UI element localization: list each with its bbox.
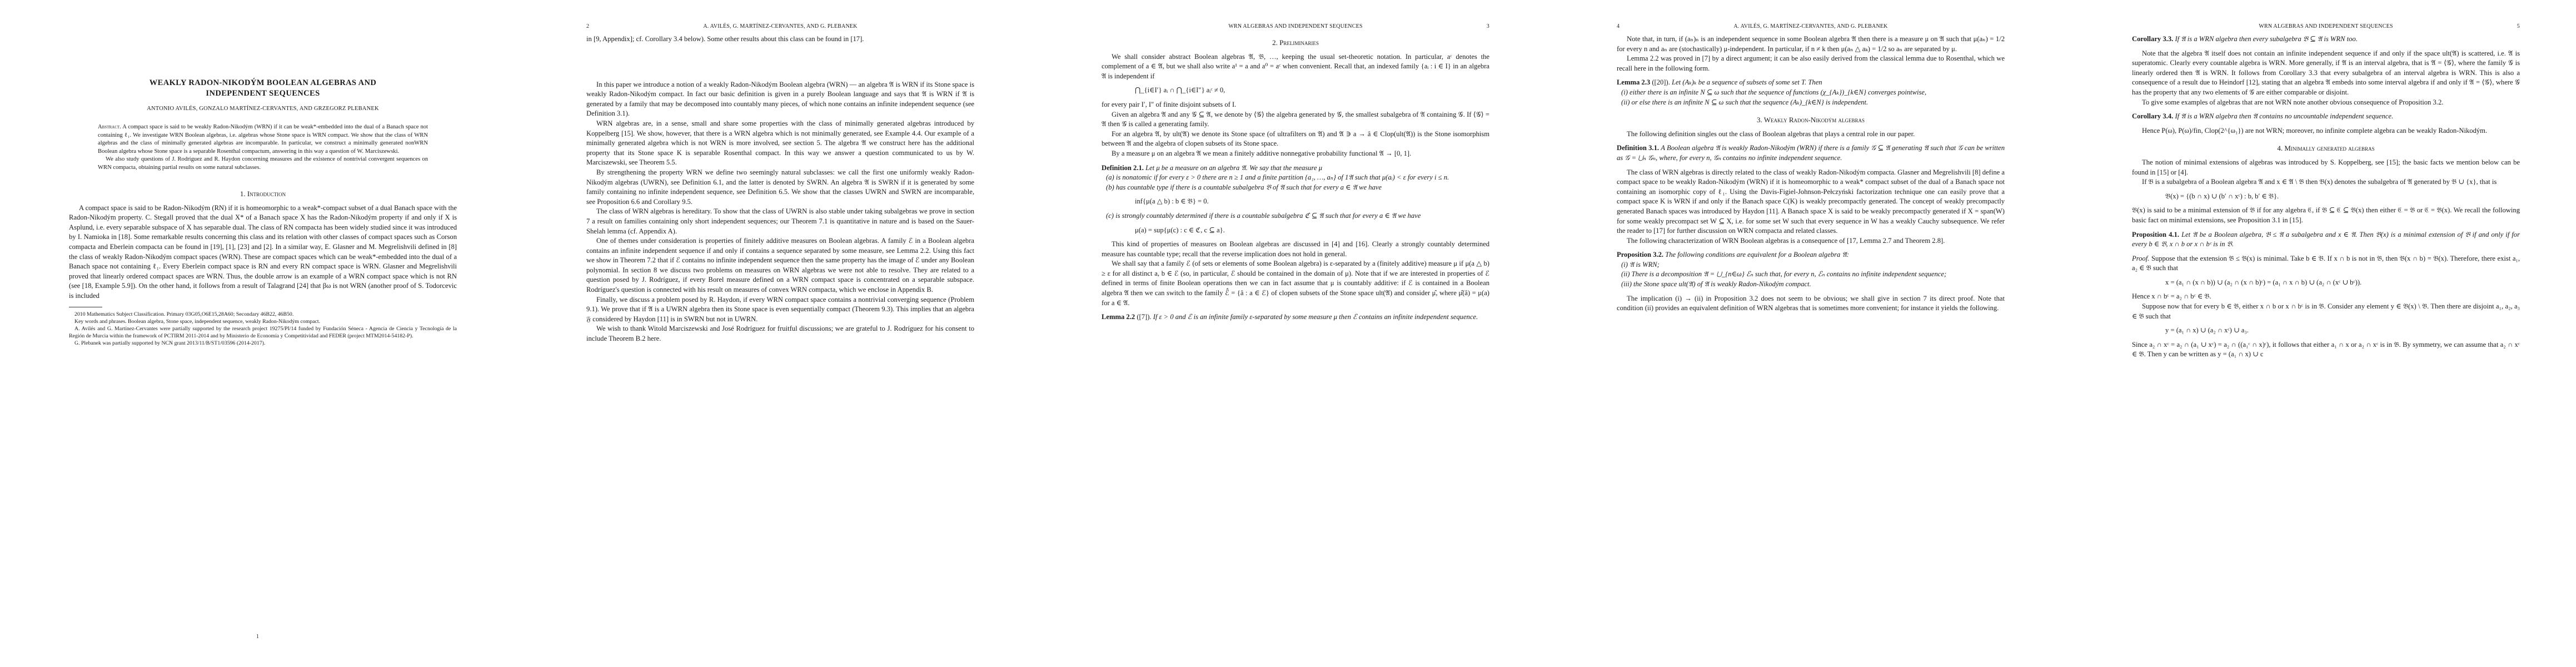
running-head: WRN ALGEBRAS AND INDEPENDENT SEQUENCES 5 — [2132, 23, 2520, 31]
paragraph: By strengthening the property WRN we def… — [586, 168, 974, 207]
page-2: 2 A. AVILÉS, G. MARTÍNEZ-CERVANTES, AND … — [515, 0, 1030, 667]
lemma-item-ii: (ii) or else there is an infinite N ⊆ ω … — [1617, 98, 2005, 108]
running-head-text: WRN ALGEBRAS AND INDEPENDENT SEQUENCES — [2132, 23, 2520, 29]
proposition-label: Proposition 3.2. — [1617, 251, 1663, 258]
section-heading-wrn-algebras: 3. Weakly Radon-Nikodým algebras — [1617, 115, 2005, 125]
paragraph: The notion of minimal extensions of alge… — [2132, 158, 2520, 177]
proposition-item-ii: (ii) There is a decomposition 𝔄 = ⋃_{n∈ω… — [1617, 270, 2005, 280]
page-number: 5 — [2517, 23, 2520, 29]
proposition-text: Let 𝔄 be a Boolean algebra, 𝔅 ≤ 𝔄 a suba… — [2132, 231, 2520, 248]
corollary-text: If 𝔄 is a WRN algebra then 𝔄 contains no… — [2175, 112, 2393, 120]
running-head-text: A. AVILÉS, G. MARTÍNEZ-CERVANTES, AND G.… — [586, 23, 974, 29]
proposition-items: (i) 𝔄 is WRN; (ii) There is a decomposit… — [1617, 260, 2005, 290]
corollary-3-4: Corollary 3.4. If 𝔄 is a WRN algebra the… — [2132, 112, 2520, 122]
footnote-funding-2: G. Plebanek was partially supported by N… — [69, 340, 457, 347]
display-equation: ⋂_{i∈I′} aᵢ ∩ ⋂_{i∈I″} aᵢᶜ ≠ 0, — [1102, 86, 1489, 96]
paragraph: The class of WRN algebras is directly re… — [1617, 168, 2005, 236]
display-equation: x = (a₁ ∩ (x ∩ b)) ∪ (a₂ ∩ (x ∩ b)ᶜ) = (… — [2132, 278, 2520, 288]
footnote-rule — [69, 307, 102, 307]
definition-text: Let μ be a measure on an algebra 𝔄. We s… — [1145, 164, 1322, 172]
definition-2-1: Definition 2.1. Let μ be a measure on an… — [1102, 163, 1489, 173]
lemma-ref: ([20]). — [1652, 78, 1670, 86]
paragraph: To give some examples of algebras that a… — [2132, 98, 2520, 108]
definition-items-cont: (c) is strongly countably determined if … — [1102, 211, 1489, 221]
proof-text: Suppose that the extension 𝔅 ≤ 𝔅(x) is m… — [2132, 255, 2520, 272]
lemma-ref: ([7]). — [1137, 313, 1151, 321]
lemma-text: Let (Aₖ)ₖ be a sequence of subsets of so… — [1672, 78, 1822, 86]
paragraph: Given an algebra 𝔄 and any 𝒢 ⊆ 𝔄, we den… — [1102, 110, 1489, 130]
page-1: WEAKLY RADON-NIKODÝM BOOLEAN ALGEBRAS AN… — [0, 0, 515, 667]
running-head-text: A. AVILÉS, G. MARTÍNEZ-CERVANTES, AND G.… — [1617, 23, 2005, 29]
section-heading-introduction: 1. Introduction — [69, 189, 457, 199]
paragraph: in [9, Appendix]; cf. Corollary 3.4 belo… — [586, 34, 974, 44]
page-4: 4 A. AVILÉS, G. MARTÍNEZ-CERVANTES, AND … — [1546, 0, 2061, 667]
paragraph: Suppose now that for every b ∈ 𝔅, either… — [2132, 302, 2520, 321]
paragraph: In this paper we introduce a notion of a… — [586, 80, 974, 119]
paragraph: 𝔅(x) is said to be a minimal extension o… — [2132, 206, 2520, 225]
paragraph: The class of WRN algebras is hereditary.… — [586, 207, 974, 236]
title-line-1: WEAKLY RADON-NIKODÝM BOOLEAN ALGEBRAS AN… — [69, 78, 457, 88]
page-5-body: Corollary 3.3. If 𝔄 is a WRN algebra the… — [2132, 34, 2520, 360]
running-head: 2 A. AVILÉS, G. MARTÍNEZ-CERVANTES, AND … — [586, 23, 974, 31]
paragraph: WRN algebras are, in a sense, small and … — [586, 119, 974, 168]
paragraph: If 𝔅 is a subalgebra of a Boolean algebr… — [2132, 177, 2520, 187]
definition-item-b: (b) has countable type if there is a cou… — [1102, 183, 1489, 193]
display-equation: μ(a) = sup{μ(c) : c ∈ ℭ, c ⊆ a}. — [1102, 226, 1489, 236]
lemma-2-2: Lemma 2.2 ([7]). If ε > 0 and ℰ is an in… — [1102, 312, 1489, 322]
lemma-label: Lemma 2.2 — [1102, 313, 1135, 321]
corollary-text: If 𝔄 is a WRN algebra then every subalge… — [2175, 35, 2357, 43]
paragraph: We wish to thank Witold Marciszewski and… — [586, 324, 974, 344]
running-head-text: WRN ALGEBRAS AND INDEPENDENT SEQUENCES — [1102, 23, 1489, 29]
paragraph: The following definition singles out the… — [1617, 130, 2005, 140]
abstract-label: Abstract. — [98, 124, 121, 130]
abstract-paragraph-1: A compact space is said to be weakly Rad… — [98, 124, 428, 155]
proposition-3-2: Proposition 3.2. The following condition… — [1617, 250, 2005, 260]
lemma-2-3: Lemma 2.3 ([20]). Let (Aₖ)ₖ be a sequenc… — [1617, 78, 2005, 88]
page-3-body: 2. Preliminaries We shall consider abstr… — [1102, 32, 1489, 322]
running-head: 4 A. AVILÉS, G. MARTÍNEZ-CERVANTES, AND … — [1617, 23, 2005, 31]
page-4-body: Note that, in turn, if (aₙ)ₙ is an indep… — [1617, 34, 2005, 313]
paragraph: Hence x ∩ bᶜ = a₂ ∩ bᶜ ∈ 𝔅. — [2132, 292, 2520, 302]
corollary-label: Corollary 3.4. — [2132, 112, 2173, 120]
abstract-paragraph-2: We also study questions of J. Rodríguez … — [98, 156, 428, 172]
paragraph: Lemma 2.2 was proved in [7] by a direct … — [1617, 54, 2005, 73]
footnote-msc: 2010 Mathematics Subject Classification.… — [69, 311, 457, 318]
page-number: 1 — [0, 634, 515, 640]
paragraph: for every pair I′, I″ of finite disjoint… — [1102, 100, 1489, 110]
intro-paragraph: A compact space is said to be Radon-Niko… — [69, 203, 457, 301]
display-equation: y = (a₁ ∩ x) ∪ (a₂ ∩ xᶜ) ∪ a₃. — [2132, 326, 2520, 336]
paragraph: For an algebra 𝔄, by ult(𝔄) we denote it… — [1102, 130, 1489, 149]
section-heading-minimally-generated: 4. Minimally generated algebras — [2132, 143, 2520, 153]
paragraph: Since a₂ ∩ xᶜ = a₂ ∩ (a₁ ∪ xᶜ) = a₂ ∩ ((… — [2132, 340, 2520, 360]
paragraph: We shall consider abstract Boolean algeb… — [1102, 52, 1489, 82]
paragraph: Note that the algebra 𝔄 itself does not … — [2132, 49, 2520, 98]
paragraph: By a measure μ on an algebra 𝔄 we mean a… — [1102, 149, 1489, 159]
abstract: Abstract. A compact space is said to be … — [98, 123, 428, 172]
definition-label: Definition 2.1. — [1102, 164, 1144, 172]
footnote-funding-1: A. Avilés and G. Martínez-Cervantes were… — [69, 325, 457, 340]
paragraph: One of themes under consideration is pro… — [586, 236, 974, 295]
page-2-body: in [9, Appendix]; cf. Corollary 3.4 belo… — [586, 34, 974, 344]
paragraph: Hence P(ω), P(ω)/fin, Clop(2^{ω₁}) are n… — [2132, 126, 2520, 136]
paragraph: We shall say that a family ℰ (of sets or… — [1102, 259, 1489, 308]
page-3: WRN ALGEBRAS AND INDEPENDENT SEQUENCES 3… — [1030, 0, 1546, 667]
paragraph: The implication (i) → (ii) in Propositio… — [1617, 294, 2005, 313]
introduction: 1. Introduction A compact space is said … — [69, 183, 457, 347]
definition-3-1: Definition 3.1. A Boolean algebra 𝔄 is w… — [1617, 143, 2005, 163]
authors: ANTONIO AVILÉS, GONZALO MARTÍNEZ-CERVANT… — [69, 106, 457, 112]
proposition-item-i: (i) 𝔄 is WRN; — [1617, 260, 2005, 270]
paper-title: WEAKLY RADON-NIKODÝM BOOLEAN ALGEBRAS AN… — [69, 78, 457, 99]
lemma-item-i: (i) either there is an infinite N ⊆ ω su… — [1617, 88, 2005, 98]
page-number: 3 — [1487, 23, 1489, 29]
lemma-items: (i) either there is an infinite N ⊆ ω su… — [1617, 88, 2005, 107]
paragraph: Note that, in turn, if (aₙ)ₙ is an indep… — [1617, 34, 2005, 54]
proposition-item-iii: (iii) the Stone space ult(𝔄) of 𝔄 is wea… — [1617, 280, 2005, 290]
display-equation: inf{μ(a △ b) : b ∈ 𝔅} = 0. — [1102, 197, 1489, 207]
section-heading-preliminaries: 2. Preliminaries — [1102, 38, 1489, 48]
footnote-keywords: Key words and phrases. Boolean algebra, … — [69, 318, 457, 325]
corollary-3-3: Corollary 3.3. If 𝔄 is a WRN algebra the… — [2132, 34, 2520, 44]
corollary-label: Corollary 3.3. — [2132, 35, 2173, 43]
definition-item-a: (a) is nonatomic if for every ε > 0 ther… — [1102, 173, 1489, 183]
page-5: WRN ALGEBRAS AND INDEPENDENT SEQUENCES 5… — [2061, 0, 2576, 667]
proof: Proof. Suppose that the extension 𝔅 ≤ 𝔅(… — [2132, 254, 2520, 273]
title-line-2: INDEPENDENT SEQUENCES — [69, 88, 457, 99]
proposition-label: Proposition 4.1. — [2132, 231, 2179, 238]
definition-label: Definition 3.1. — [1617, 144, 1659, 152]
display-equation: 𝔅(x) = {(b ∩ x) ∪ (b′ ∩ xᶜ) : b, b′ ∈ 𝔅}… — [2132, 192, 2520, 202]
paragraph: This kind of properties of measures on B… — [1102, 240, 1489, 259]
footnotes: 2010 Mathematics Subject Classification.… — [69, 311, 457, 347]
proposition-4-1: Proposition 4.1. Let 𝔄 be a Boolean alge… — [2132, 230, 2520, 250]
lemma-text: If ε > 0 and ℰ is an infinite family ε-s… — [1153, 313, 1478, 321]
proposition-text: The following conditions are equivalent … — [1665, 251, 1849, 258]
proof-label: Proof. — [2132, 255, 2149, 262]
lemma-label: Lemma 2.3 — [1617, 78, 1650, 86]
definition-text: A Boolean algebra 𝔄 is weakly Radon-Niko… — [1617, 144, 2005, 162]
running-head: WRN ALGEBRAS AND INDEPENDENT SEQUENCES 3 — [1102, 23, 1489, 31]
definition-item-c: (c) is strongly countably determined if … — [1102, 211, 1489, 221]
definition-items: (a) is nonatomic if for every ε > 0 ther… — [1102, 173, 1489, 192]
paragraph: Finally, we discuss a problem posed by R… — [586, 295, 974, 325]
paragraph: The following characterization of WRN Bo… — [1617, 236, 2005, 246]
